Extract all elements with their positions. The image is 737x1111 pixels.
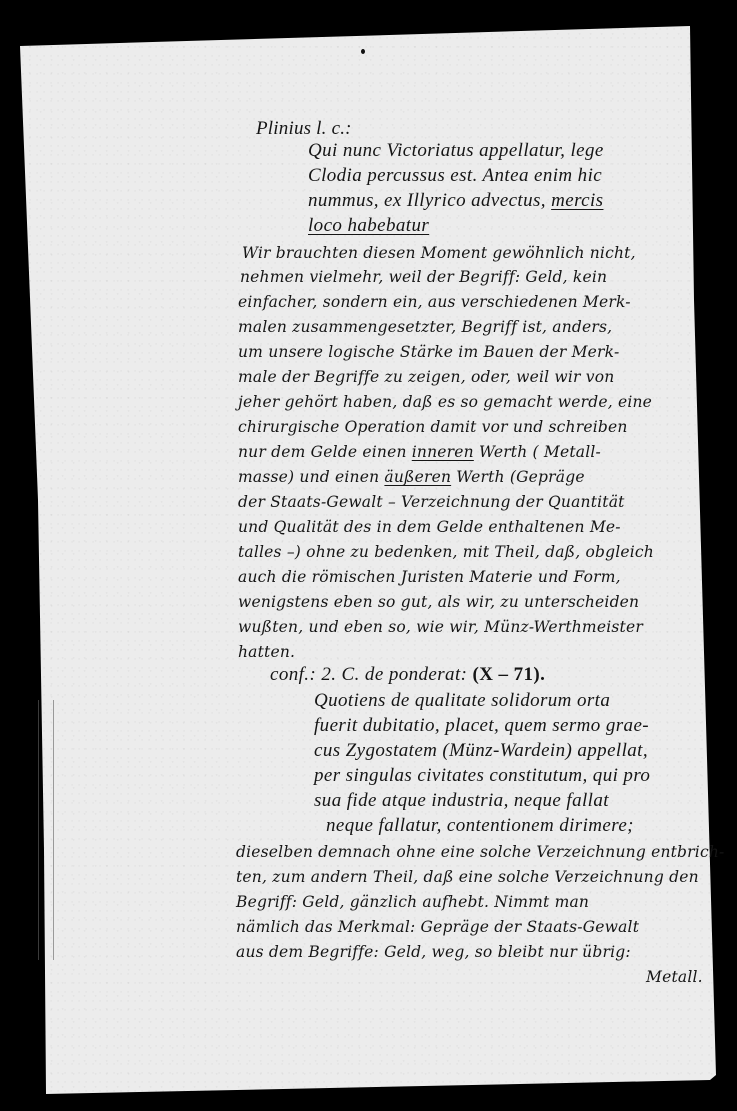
paragraph-1-line-11: der Staats-Gewalt – Verzeichnung der Qua… [238, 493, 625, 511]
p1-l9-a: nur dem Gelde einen [238, 443, 412, 461]
paragraph-1-line-14: auch die römischen Juristen Materie und … [238, 568, 621, 586]
paragraph-2-line-6: Metall. [646, 968, 703, 986]
scanned-manuscript: Plinius l. c.: Qui nunc Victoriatus appe… [0, 0, 737, 1111]
paragraph-2-line-4: nämlich das Merkmal: Gepräge der Staats-… [236, 918, 639, 936]
quote-codex-line-6: neque fallatur, contentionem dirimere; [326, 815, 634, 837]
paragraph-1-line-12: und Qualität des in dem Gelde enthaltene… [238, 518, 621, 536]
quote-pliny-line-2: Clodia percussus est. Antea enim hic [308, 165, 602, 187]
paragraph-2-line-3: Begriff: Geld, gänzlich aufhebt. Nimmt m… [236, 893, 589, 911]
paragraph-2-line-5: aus dem Begriffe: Geld, weg, so bleibt n… [236, 943, 631, 961]
ink-speck [361, 49, 365, 54]
torn-binding-edge [38, 700, 54, 960]
p1-l9-b: Werth ( Metall- [474, 443, 601, 461]
underlined-mercis: mercis [551, 190, 603, 211]
citation-text: 2. C. de ponderat: [321, 664, 467, 685]
source-heading: Plinius l. c.: [256, 118, 352, 140]
citation-reference: (X – 71). [473, 664, 546, 685]
paragraph-1-line-3: einfacher, sondern ein, aus verschiedene… [238, 293, 631, 311]
paragraph-2-line-2: ten, zum andern Theil, daß eine solche V… [236, 868, 699, 886]
quote-codex-line-1: Quotiens de qualitate solidorum orta [314, 690, 610, 712]
quote-codex-line-4: per singulas civitates constitutum, qui … [314, 765, 650, 787]
paragraph-1-line-10: masse) und einen äußeren Werth (Gepräge [238, 468, 585, 486]
quote-pliny-line-3: nummus, ex Illyrico advectus, mercis [308, 190, 603, 212]
paragraph-1-line-1: Wir brauchten diesen Moment gewöhnlich n… [242, 244, 636, 262]
underlined-inneren: inneren [412, 443, 474, 461]
paragraph-2-line-1: dieselben demnach ohne eine solche Verze… [236, 843, 724, 861]
quote-codex-line-3: cus Zygostatem (Münz-Wardein) appellat, [314, 740, 648, 762]
underlined-aeusseren: äußeren [384, 468, 451, 486]
quote-pliny-line-1: Qui nunc Victoriatus appellatur, lege [308, 140, 604, 162]
paragraph-1-line-4: malen zusammengesetzter, Begriff ist, an… [238, 318, 612, 336]
quote-pliny-line-3-text: nummus, ex Illyrico advectus, [308, 190, 551, 211]
quote-codex-line-2: fuerit dubitatio, placet, quem sermo gra… [314, 715, 649, 737]
paragraph-1-line-15: wenigstens eben so gut, als wir, zu unte… [238, 593, 639, 611]
paragraph-1-line-8: chirurgische Operation damit vor und sch… [238, 418, 628, 436]
citation-label: conf.: [270, 664, 316, 685]
paragraph-1-line-17: hatten. [238, 643, 295, 661]
quote-codex-line-5: sua fide atque industria, neque fallat [314, 790, 609, 812]
paragraph-1-line-6: male der Begriffe zu zeigen, oder, weil … [238, 368, 614, 386]
paragraph-1-line-13: talles –) ohne zu bedenken, mit Theil, d… [238, 543, 654, 561]
paragraph-1-line-5: um unsere logische Stärke im Bauen der M… [238, 343, 619, 361]
paragraph-1-line-2: nehmen vielmehr, weil der Begriff: Geld,… [240, 268, 607, 286]
p1-l10-b: Werth (Gepräge [451, 468, 585, 486]
p1-l10-a: masse) und einen [238, 468, 384, 486]
paragraph-1-line-9: nur dem Gelde einen inneren Werth ( Meta… [238, 443, 601, 461]
citation: conf.: 2. C. de ponderat: (X – 71). [270, 664, 545, 686]
paragraph-1-line-7: jeher gehört haben, daß es so gemacht we… [238, 393, 652, 411]
quote-pliny-line-4: loco habebatur [308, 215, 429, 237]
paragraph-1-line-16: wußten, und eben so, wie wir, Münz-Werth… [238, 618, 643, 636]
